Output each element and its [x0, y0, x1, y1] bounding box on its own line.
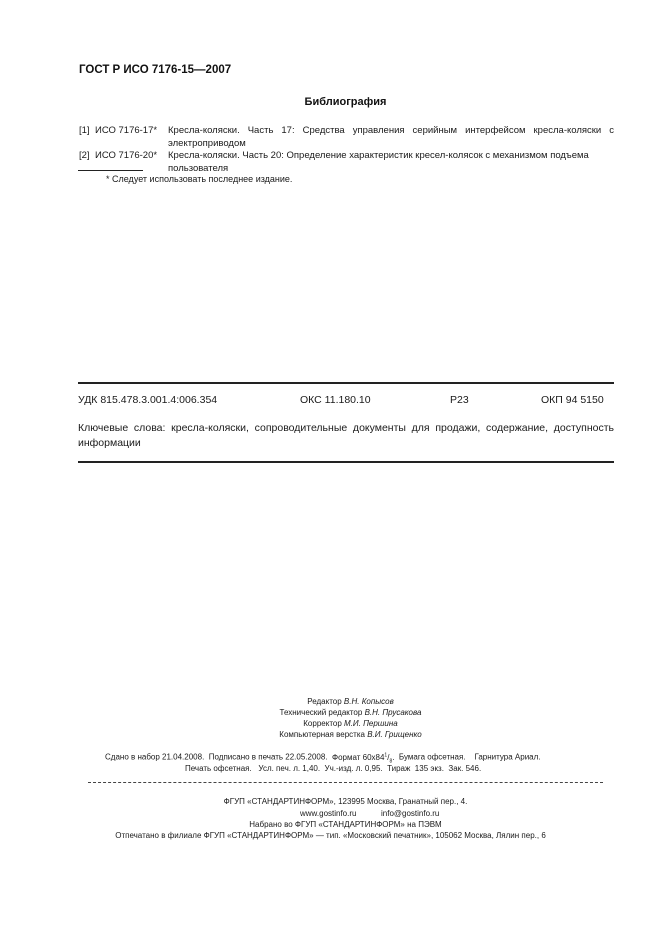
credit-role: Компьютерная верстка	[279, 730, 365, 739]
divider-top	[78, 382, 614, 384]
publisher-email: info@gostinfo.ru	[381, 809, 439, 818]
credit-name: В.Н. Прусакова	[365, 708, 422, 717]
oks-code: ОКС 11.180.10	[300, 394, 371, 406]
credit-role: Корректор	[303, 719, 342, 728]
print-info-line-1: Сдано в набор 21.04.2008. Подписано в пе…	[105, 752, 541, 764]
reference-text: Кресла-коляски. Часть 20: Определение ха…	[168, 149, 614, 175]
credit-technical-editor: Технический редактор В.Н. Прусакова	[0, 708, 661, 717]
footnote-text: * Следует использовать последнее издание…	[106, 174, 292, 184]
credit-name: В.Н. Копысов	[344, 697, 394, 706]
udk-code: УДК 815.478.3.001.4:006.354	[78, 394, 217, 406]
credit-layout: Компьютерная верстка В.И. Грищенко	[0, 730, 661, 739]
bibliography-heading: Библиография	[0, 96, 661, 108]
credit-proofreader: Корректор М.И. Першина	[0, 719, 661, 728]
typeface: Гарнитура Ариал.	[474, 753, 540, 762]
standard-title: ГОСТ Р ИСО 7176-15—2007	[79, 64, 231, 76]
credit-editor: Редактор В.Н. Копысов	[0, 697, 661, 706]
format: Формат 60x841/8.	[332, 753, 394, 762]
credit-name: В.И. Грищенко	[367, 730, 422, 739]
paper-type: Бумага офсетная.	[399, 753, 466, 762]
keywords: Ключевые слова: кресла-коляски, сопровод…	[78, 421, 614, 450]
reference-number: [1]	[79, 125, 90, 136]
reference-code: ИСО 7176-17*	[95, 125, 157, 136]
print-info-line-2: Печать офсетная. Усл. печ. л. 1,40. Уч.-…	[185, 764, 481, 773]
credit-role: Редактор	[307, 697, 341, 706]
typeset-info: Набрано во ФГУП «СТАНДАРТИНФОРМ» на ПЭВМ	[0, 820, 661, 829]
credit-name: М.И. Першина	[344, 719, 398, 728]
reference-number: [2]	[79, 150, 90, 161]
signed-date: Подписано в печать 22.05.2008.	[209, 753, 328, 762]
credit-role: Технический редактор	[280, 708, 363, 717]
publisher-address: ФГУП «СТАНДАРТИНФОРМ», 123995 Москва, Гр…	[0, 797, 661, 806]
publisher-website: www.gostinfo.ru	[300, 809, 356, 818]
dashed-separator	[88, 782, 603, 783]
printed-info: Отпечатано в филиале ФГУП «СТАНДАРТИНФОР…	[0, 831, 661, 840]
reference-code: ИСО 7176-20*	[95, 150, 157, 161]
group-code: Р23	[450, 394, 469, 406]
submitted-date: Сдано в набор 21.04.2008.	[105, 753, 204, 762]
reference-text: Кресла-коляски. Часть 17: Средства управ…	[168, 124, 614, 150]
footnote-separator	[78, 170, 143, 171]
okp-code: ОКП 94 5150	[541, 394, 604, 406]
divider-bottom	[78, 461, 614, 463]
